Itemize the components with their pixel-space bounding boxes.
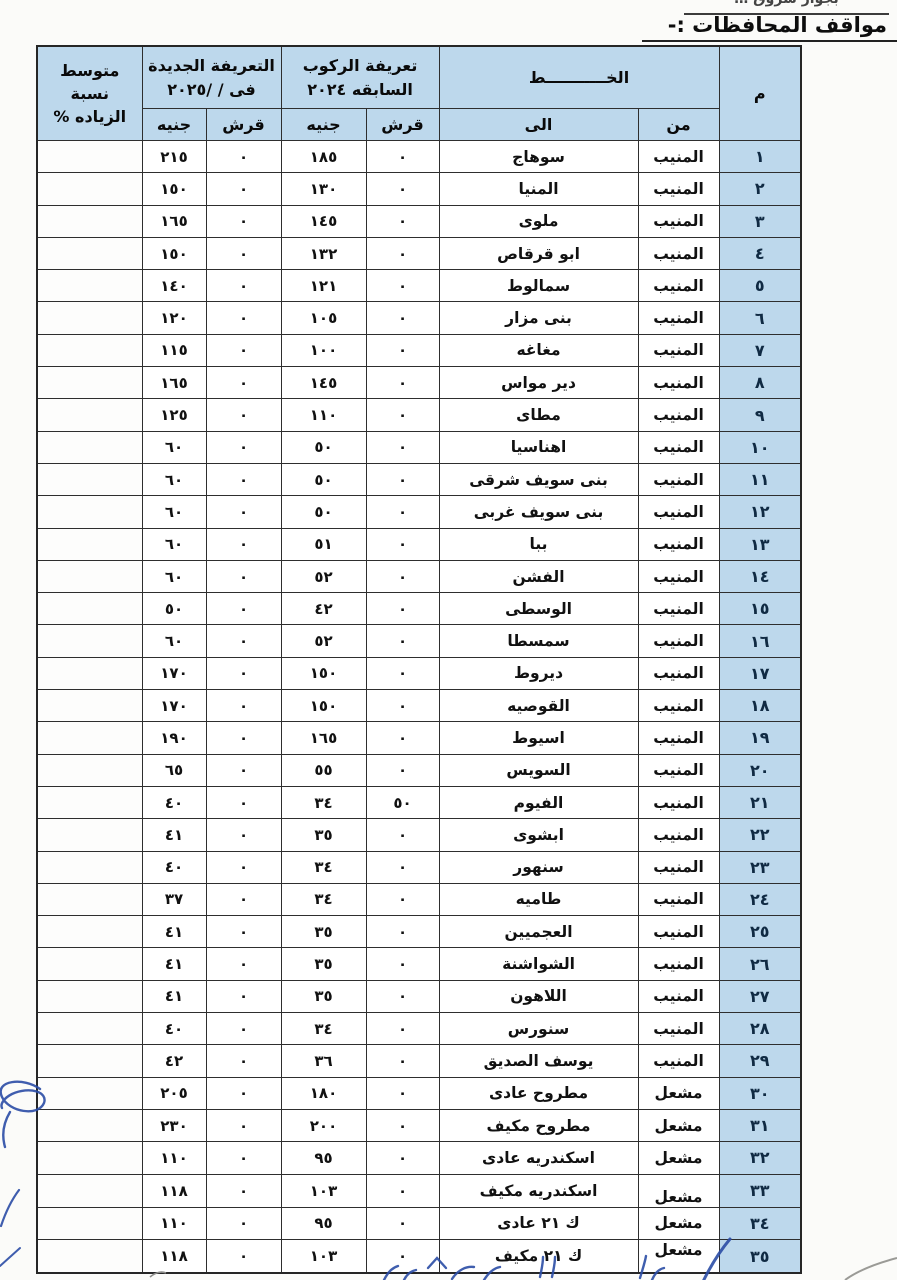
from-cell: مشعل (638, 1077, 719, 1109)
new-piasters-cell: ٠ (206, 883, 281, 915)
header-new-pounds: جنيه (142, 109, 206, 141)
prev-pounds-cell: ١٠٣ (281, 1240, 366, 1274)
page-title-text: مواقف المحافظات :- (668, 13, 887, 37)
from-cell: المنيب (638, 722, 719, 754)
to-cell: يوسف الصديق (439, 1045, 638, 1077)
new-piasters-cell: ٠ (206, 173, 281, 205)
prev-piasters-cell: ٠ (366, 399, 439, 431)
serial-cell: ٢٦ (719, 948, 801, 980)
from-cell: المنيب (638, 496, 719, 528)
increase-cell (37, 431, 142, 463)
from-cell: المنيب (638, 916, 719, 948)
new-piasters-cell: ٠ (206, 916, 281, 948)
to-cell: سمالوط (439, 270, 638, 302)
serial-cell: ٣١ (719, 1109, 801, 1141)
table-row: ٢١المنيبالفيوم٥٠٣٤٠٤٠ (37, 786, 801, 818)
table-row: ٩المنيبمطاى٠١١٠٠١٢٥ (37, 399, 801, 431)
new-piasters-cell: ٠ (206, 302, 281, 334)
new-pounds-cell: ١١٠ (142, 1207, 206, 1239)
prev-piasters-cell: ٠ (366, 528, 439, 560)
header-from: من (638, 109, 719, 141)
from-cell: المنيب (638, 1045, 719, 1077)
header-previous-fare-group: تعريفة الركوب السابقه ٢٠٢٤ (281, 46, 439, 109)
prev-piasters-cell: ٠ (366, 1207, 439, 1239)
serial-cell: ٢٨ (719, 1013, 801, 1045)
prev-piasters-cell: ٠ (366, 980, 439, 1012)
prev-piasters-cell: ٠ (366, 367, 439, 399)
new-pounds-cell: ١٦٥ (142, 367, 206, 399)
new-piasters-cell: ٠ (206, 851, 281, 883)
table-row: ٨المنيبدير مواس٠١٤٥٠١٦٥ (37, 367, 801, 399)
from-cell: المنيب (638, 270, 719, 302)
table-row: ٢المنيبالمنيا٠١٣٠٠١٥٠ (37, 173, 801, 205)
new-piasters-cell: ٠ (206, 819, 281, 851)
new-pounds-cell: ٦٠ (142, 496, 206, 528)
from-cell: المنيب (638, 851, 719, 883)
table-row: ٢٦المنيبالشواشنة٠٣٥٠٤١ (37, 948, 801, 980)
new-piasters-cell: ٠ (206, 754, 281, 786)
prev-pounds-cell: ٩٥ (281, 1142, 366, 1174)
serial-cell: ٢٩ (719, 1045, 801, 1077)
header-line-group: الخـــــــــــط (439, 46, 719, 109)
to-cell: ك ٢١ مكيف (439, 1240, 638, 1274)
prev-pounds-cell: ١٣٠ (281, 173, 366, 205)
serial-cell: ٦ (719, 302, 801, 334)
increase-cell (37, 1013, 142, 1045)
serial-cell: ١٩ (719, 722, 801, 754)
serial-cell: ٣٢ (719, 1142, 801, 1174)
prev-pounds-cell: ١٠٥ (281, 302, 366, 334)
to-cell: الفشن (439, 560, 638, 592)
prev-piasters-cell: ٠ (366, 883, 439, 915)
increase-cell (37, 786, 142, 818)
new-pounds-cell: ٦٠ (142, 625, 206, 657)
to-cell: مغاغه (439, 334, 638, 366)
increase-cell (37, 754, 142, 786)
to-cell: ديروط (439, 657, 638, 689)
serial-cell: ١٢ (719, 496, 801, 528)
table-row: ١٦المنيبسمسطا٠٥٢٠٦٠ (37, 625, 801, 657)
from-cell: المنيب (638, 754, 719, 786)
increase-cell (37, 625, 142, 657)
prev-pounds-cell: ٥٠ (281, 463, 366, 495)
serial-cell: ٣٣ (719, 1174, 801, 1207)
increase-cell (37, 690, 142, 722)
table-row: ١٢المنيببنى سويف غربى٠٥٠٠٦٠ (37, 496, 801, 528)
prev-pounds-cell: ٥٢ (281, 560, 366, 592)
prev-pounds-cell: ٥٠ (281, 431, 366, 463)
new-piasters-cell: ٠ (206, 334, 281, 366)
new-pounds-cell: ١٧٠ (142, 690, 206, 722)
new-pounds-cell: ٦٥ (142, 754, 206, 786)
from-cell: المنيب (638, 560, 719, 592)
prev-piasters-cell: ٠ (366, 1013, 439, 1045)
serial-cell: ٢ (719, 173, 801, 205)
increase-cell (37, 1109, 142, 1141)
serial-cell: ٥ (719, 270, 801, 302)
new-piasters-cell: ٠ (206, 593, 281, 625)
table-row: ١٤المنيبالفشن٠٥٢٠٦٠ (37, 560, 801, 592)
increase-cell (37, 270, 142, 302)
from-cell: مشعل (638, 1240, 719, 1274)
from-cell: المنيب (638, 173, 719, 205)
increase-cell (37, 496, 142, 528)
serial-cell: ٢٠ (719, 754, 801, 786)
prev-pounds-cell: ٣٤ (281, 851, 366, 883)
new-piasters-cell: ٠ (206, 657, 281, 689)
to-cell: ك ٢١ عادى (439, 1207, 638, 1239)
from-cell: المنيب (638, 1013, 719, 1045)
table-row: ١٥المنيبالوسطى٠٤٢٠٥٠ (37, 593, 801, 625)
to-cell: طاميه (439, 883, 638, 915)
increase-cell (37, 205, 142, 237)
serial-cell: ١٥ (719, 593, 801, 625)
increase-cell (37, 302, 142, 334)
from-cell: المنيب (638, 431, 719, 463)
to-cell: الشواشنة (439, 948, 638, 980)
governorate-fares-table: م الخـــــــــــط تعريفة الركوب السابقه … (36, 45, 802, 1274)
to-cell: ببا (439, 528, 638, 560)
scanned-document-page: { "page": { "clipped_top_text": "بجوار ش… (0, 0, 897, 1280)
prev-pounds-cell: ١٤٥ (281, 205, 366, 237)
to-cell: دير مواس (439, 367, 638, 399)
prev-piasters-cell: ٠ (366, 302, 439, 334)
table-row: ١المنيبسوهاج٠١٨٥٠٢١٥ (37, 141, 801, 173)
prev-piasters-cell: ٠ (366, 1077, 439, 1109)
table-row: ٣المنيبملوى٠١٤٥٠١٦٥ (37, 205, 801, 237)
prev-pounds-cell: ١٠٣ (281, 1174, 366, 1207)
prev-pounds-cell: ١٢١ (281, 270, 366, 302)
prev-piasters-cell: ٠ (366, 948, 439, 980)
new-pounds-cell: ٢١٥ (142, 141, 206, 173)
serial-cell: ٣٠ (719, 1077, 801, 1109)
new-piasters-cell: ٠ (206, 205, 281, 237)
clipped-top-text-fragment: بجوار شروق … (684, 0, 889, 7)
prev-pounds-cell: ١٥٠ (281, 690, 366, 722)
serial-cell: ٤ (719, 237, 801, 269)
serial-cell: ١٦ (719, 625, 801, 657)
increase-cell (37, 334, 142, 366)
increase-cell (37, 1045, 142, 1077)
to-cell: بنى سويف شرقى (439, 463, 638, 495)
table-row: ٢٢المنيبابشوى٠٣٥٠٤١ (37, 819, 801, 851)
new-pounds-cell: ١١٠ (142, 1142, 206, 1174)
to-cell: السويس (439, 754, 638, 786)
new-pounds-cell: ١٢٠ (142, 302, 206, 334)
prev-pounds-cell: ٣٤ (281, 883, 366, 915)
to-cell: سنهور (439, 851, 638, 883)
increase-cell (37, 463, 142, 495)
prev-pounds-cell: ١٥٠ (281, 657, 366, 689)
increase-cell (37, 560, 142, 592)
prev-piasters-cell: ٠ (366, 431, 439, 463)
new-pounds-cell: ٤٠ (142, 1013, 206, 1045)
increase-cell (37, 141, 142, 173)
prev-piasters-cell: ٠ (366, 496, 439, 528)
new-pounds-cell: ٣٧ (142, 883, 206, 915)
from-cell: مشعل (638, 1207, 719, 1239)
table-row: ٣٠مشعلمطروح عادى٠١٨٠٠٢٠٥ (37, 1077, 801, 1109)
prev-piasters-cell: ٠ (366, 916, 439, 948)
prev-pounds-cell: ١٤٥ (281, 367, 366, 399)
increase-cell (37, 851, 142, 883)
prev-piasters-cell: ٠ (366, 463, 439, 495)
new-piasters-cell: ٠ (206, 560, 281, 592)
serial-cell: ١١ (719, 463, 801, 495)
serial-cell: ٣ (719, 205, 801, 237)
new-pounds-cell: ٥٠ (142, 593, 206, 625)
table-row: ٣٥مشعلك ٢١ مكيف٠١٠٣٠١١٨ (37, 1240, 801, 1274)
serial-cell: ٧ (719, 334, 801, 366)
table-row: ١٧المنيبديروط٠١٥٠٠١٧٠ (37, 657, 801, 689)
prev-piasters-cell: ٠ (366, 1109, 439, 1141)
header-prev-piasters: قرش (366, 109, 439, 141)
table-row: ٣٤مشعلك ٢١ عادى٠٩٥٠١١٠ (37, 1207, 801, 1239)
to-cell: القوصيه (439, 690, 638, 722)
new-piasters-cell: ٠ (206, 1045, 281, 1077)
new-pounds-cell: ٦٠ (142, 431, 206, 463)
table-row: ١٩المنيباسيوط٠١٦٥٠١٩٠ (37, 722, 801, 754)
serial-cell: ١٠ (719, 431, 801, 463)
left-edge-diagonal (1, 1190, 19, 1226)
increase-cell (37, 1240, 142, 1274)
new-piasters-cell: ٠ (206, 1142, 281, 1174)
prev-piasters-cell: ٠ (366, 141, 439, 173)
prev-piasters-cell: ٠ (366, 270, 439, 302)
new-pounds-cell: ١٤٠ (142, 270, 206, 302)
to-cell: مطروح مكيف (439, 1109, 638, 1141)
prev-pounds-cell: ٣٥ (281, 819, 366, 851)
new-pounds-cell: ٤١ (142, 948, 206, 980)
prev-pounds-cell: ٣٤ (281, 786, 366, 818)
to-cell: ملوى (439, 205, 638, 237)
new-piasters-cell: ٠ (206, 1174, 281, 1207)
from-cell: مشعل (638, 1142, 719, 1174)
new-pounds-cell: ١١٨ (142, 1240, 206, 1274)
prev-piasters-cell: ٠ (366, 1174, 439, 1207)
new-piasters-cell: ٠ (206, 948, 281, 980)
table-row: ١٣المنيبببا٠٥١٠٦٠ (37, 528, 801, 560)
from-cell: المنيب (638, 367, 719, 399)
new-pounds-cell: ٢٠٥ (142, 1077, 206, 1109)
to-cell: العجميين (439, 916, 638, 948)
table-row: ٣١مشعلمطروح مكيف٠٢٠٠٠٢٣٠ (37, 1109, 801, 1141)
header-average-increase: متوسط نسبة الزياده % (37, 46, 142, 141)
header-new-piasters: قرش (206, 109, 281, 141)
increase-cell (37, 883, 142, 915)
increase-cell (37, 367, 142, 399)
serial-cell: ٨ (719, 367, 801, 399)
from-cell: المنيب (638, 237, 719, 269)
new-piasters-cell: ٠ (206, 625, 281, 657)
increase-cell (37, 237, 142, 269)
prev-piasters-cell: ٠ (366, 657, 439, 689)
new-piasters-cell: ٠ (206, 722, 281, 754)
new-pounds-cell: ١٥٠ (142, 237, 206, 269)
prev-piasters-cell: ٠ (366, 819, 439, 851)
new-piasters-cell: ٠ (206, 1013, 281, 1045)
bottom-left-stroke (0, 1248, 20, 1266)
increase-cell (37, 399, 142, 431)
new-pounds-cell: ٤١ (142, 916, 206, 948)
prev-pounds-cell: ٤٢ (281, 593, 366, 625)
increase-cell (37, 980, 142, 1012)
new-piasters-cell: ٠ (206, 496, 281, 528)
new-pounds-cell: ٦٠ (142, 528, 206, 560)
increase-cell (37, 1207, 142, 1239)
new-piasters-cell: ٠ (206, 786, 281, 818)
table-row: ١٠المنيباهناسيا٠٥٠٠٦٠ (37, 431, 801, 463)
new-piasters-cell: ٠ (206, 1240, 281, 1274)
from-cell: المنيب (638, 528, 719, 560)
from-cell: مشعل (638, 1109, 719, 1141)
prev-pounds-cell: ٣٦ (281, 1045, 366, 1077)
header-serial: م (719, 46, 801, 141)
increase-cell (37, 722, 142, 754)
from-cell: المنيب (638, 625, 719, 657)
to-cell: سوهاج (439, 141, 638, 173)
serial-cell: ٢٧ (719, 980, 801, 1012)
table-row: ٢٩المنيبيوسف الصديق٠٣٦٠٤٢ (37, 1045, 801, 1077)
prev-piasters-cell: ٠ (366, 173, 439, 205)
prev-pounds-cell: ١٦٥ (281, 722, 366, 754)
prev-piasters-cell: ٠ (366, 851, 439, 883)
left-oval-tail (3, 1112, 10, 1147)
new-pounds-cell: ٢٣٠ (142, 1109, 206, 1141)
new-piasters-cell: ٠ (206, 528, 281, 560)
header-prev-pounds: جنيه (281, 109, 366, 141)
to-cell: اسكندريه عادى (439, 1142, 638, 1174)
increase-cell (37, 1077, 142, 1109)
new-pounds-cell: ٤٢ (142, 1045, 206, 1077)
new-piasters-cell: ٠ (206, 270, 281, 302)
increase-cell (37, 173, 142, 205)
from-cell: المنيب (638, 141, 719, 173)
serial-cell: ١٣ (719, 528, 801, 560)
prev-pounds-cell: ٣٥ (281, 948, 366, 980)
serial-cell: ٩ (719, 399, 801, 431)
to-cell: اسكندريه مكيف (439, 1174, 638, 1207)
prev-piasters-cell: ٠ (366, 334, 439, 366)
corner-scan-mark (845, 1258, 897, 1280)
header-new-fare-group: التعريفة الجديدة فى / /٢٠٢٥ (142, 46, 281, 109)
serial-cell: ٢٢ (719, 819, 801, 851)
from-cell: المنيب (638, 883, 719, 915)
from-cell: المنيب (638, 593, 719, 625)
prev-piasters-cell: ٠ (366, 1240, 439, 1274)
to-cell: مطاى (439, 399, 638, 431)
to-cell: بنى سويف غربى (439, 496, 638, 528)
table-row: ٢٣المنيبسنهور٠٣٤٠٤٠ (37, 851, 801, 883)
prev-piasters-cell: ٠ (366, 625, 439, 657)
prev-pounds-cell: ١١٠ (281, 399, 366, 431)
from-cell: المنيب (638, 948, 719, 980)
new-pounds-cell: ٤١ (142, 980, 206, 1012)
increase-cell (37, 657, 142, 689)
to-cell: مطروح عادى (439, 1077, 638, 1109)
prev-piasters-cell: ٠ (366, 1142, 439, 1174)
serial-cell: ١٤ (719, 560, 801, 592)
new-pounds-cell: ٤٠ (142, 786, 206, 818)
increase-cell (37, 916, 142, 948)
increase-cell (37, 819, 142, 851)
table-row: ٣٢مشعلاسكندريه عادى٠٩٥٠١١٠ (37, 1142, 801, 1174)
table-row: ٤المنيبابو قرقاص٠١٣٢٠١٥٠ (37, 237, 801, 269)
serial-cell: ٢١ (719, 786, 801, 818)
new-pounds-cell: ١١٥ (142, 334, 206, 366)
new-piasters-cell: ٠ (206, 399, 281, 431)
to-cell: الوسطى (439, 593, 638, 625)
prev-pounds-cell: ١٠٠ (281, 334, 366, 366)
increase-cell (37, 1174, 142, 1207)
prev-pounds-cell: ٣٤ (281, 1013, 366, 1045)
to-cell: المنيا (439, 173, 638, 205)
prev-pounds-cell: ٥٢ (281, 625, 366, 657)
table-row: ٢٨المنيبسنورس٠٣٤٠٤٠ (37, 1013, 801, 1045)
to-cell: ابشوى (439, 819, 638, 851)
prev-pounds-cell: ١٨٠ (281, 1077, 366, 1109)
to-cell: ابو قرقاص (439, 237, 638, 269)
prev-piasters-cell: ٠ (366, 690, 439, 722)
prev-piasters-cell: ٠ (366, 205, 439, 237)
from-cell: المنيب (638, 334, 719, 366)
new-piasters-cell: ٠ (206, 141, 281, 173)
serial-cell: ١٨ (719, 690, 801, 722)
prev-pounds-cell: ٢٠٠ (281, 1109, 366, 1141)
increase-cell (37, 593, 142, 625)
from-cell: المنيب (638, 302, 719, 334)
prev-piasters-cell: ٥٠ (366, 786, 439, 818)
table-row: ٢٧المنيباللاهون٠٣٥٠٤١ (37, 980, 801, 1012)
prev-pounds-cell: ٣٥ (281, 916, 366, 948)
table-body: ١المنيبسوهاج٠١٨٥٠٢١٥٢المنيبالمنيا٠١٣٠٠١٥… (37, 141, 801, 1274)
serial-cell: ٣٥ (719, 1240, 801, 1274)
new-pounds-cell: ١٧٠ (142, 657, 206, 689)
increase-cell (37, 528, 142, 560)
prev-pounds-cell: ١٨٥ (281, 141, 366, 173)
serial-cell: ٢٥ (719, 916, 801, 948)
new-pounds-cell: ١٩٠ (142, 722, 206, 754)
new-piasters-cell: ٠ (206, 1109, 281, 1141)
new-pounds-cell: ٤١ (142, 819, 206, 851)
from-cell: المنيب (638, 786, 719, 818)
serial-cell: ٢٣ (719, 851, 801, 883)
prev-piasters-cell: ٠ (366, 1045, 439, 1077)
new-pounds-cell: ١١٨ (142, 1174, 206, 1207)
table-row: ٥المنيبسمالوط٠١٢١٠١٤٠ (37, 270, 801, 302)
page-title: مواقف المحافظات :- (642, 13, 897, 42)
prev-piasters-cell: ٠ (366, 722, 439, 754)
serial-cell: ١ (719, 141, 801, 173)
new-piasters-cell: ٠ (206, 980, 281, 1012)
to-cell: سنورس (439, 1013, 638, 1045)
serial-cell: ٢٤ (719, 883, 801, 915)
new-pounds-cell: ٤٠ (142, 851, 206, 883)
new-piasters-cell: ٠ (206, 237, 281, 269)
serial-cell: ١٧ (719, 657, 801, 689)
new-piasters-cell: ٠ (206, 1207, 281, 1239)
new-pounds-cell: ٦٠ (142, 463, 206, 495)
new-pounds-cell: ٦٠ (142, 560, 206, 592)
prev-pounds-cell: ٣٥ (281, 980, 366, 1012)
table-row: ٢٤المنيبطاميه٠٣٤٠٣٧ (37, 883, 801, 915)
new-piasters-cell: ٠ (206, 1077, 281, 1109)
table-header: م الخـــــــــــط تعريفة الركوب السابقه … (37, 46, 801, 141)
prev-pounds-cell: ١٣٢ (281, 237, 366, 269)
from-cell: مشعل (638, 1174, 719, 1207)
prev-piasters-cell: ٠ (366, 237, 439, 269)
from-cell: المنيب (638, 463, 719, 495)
